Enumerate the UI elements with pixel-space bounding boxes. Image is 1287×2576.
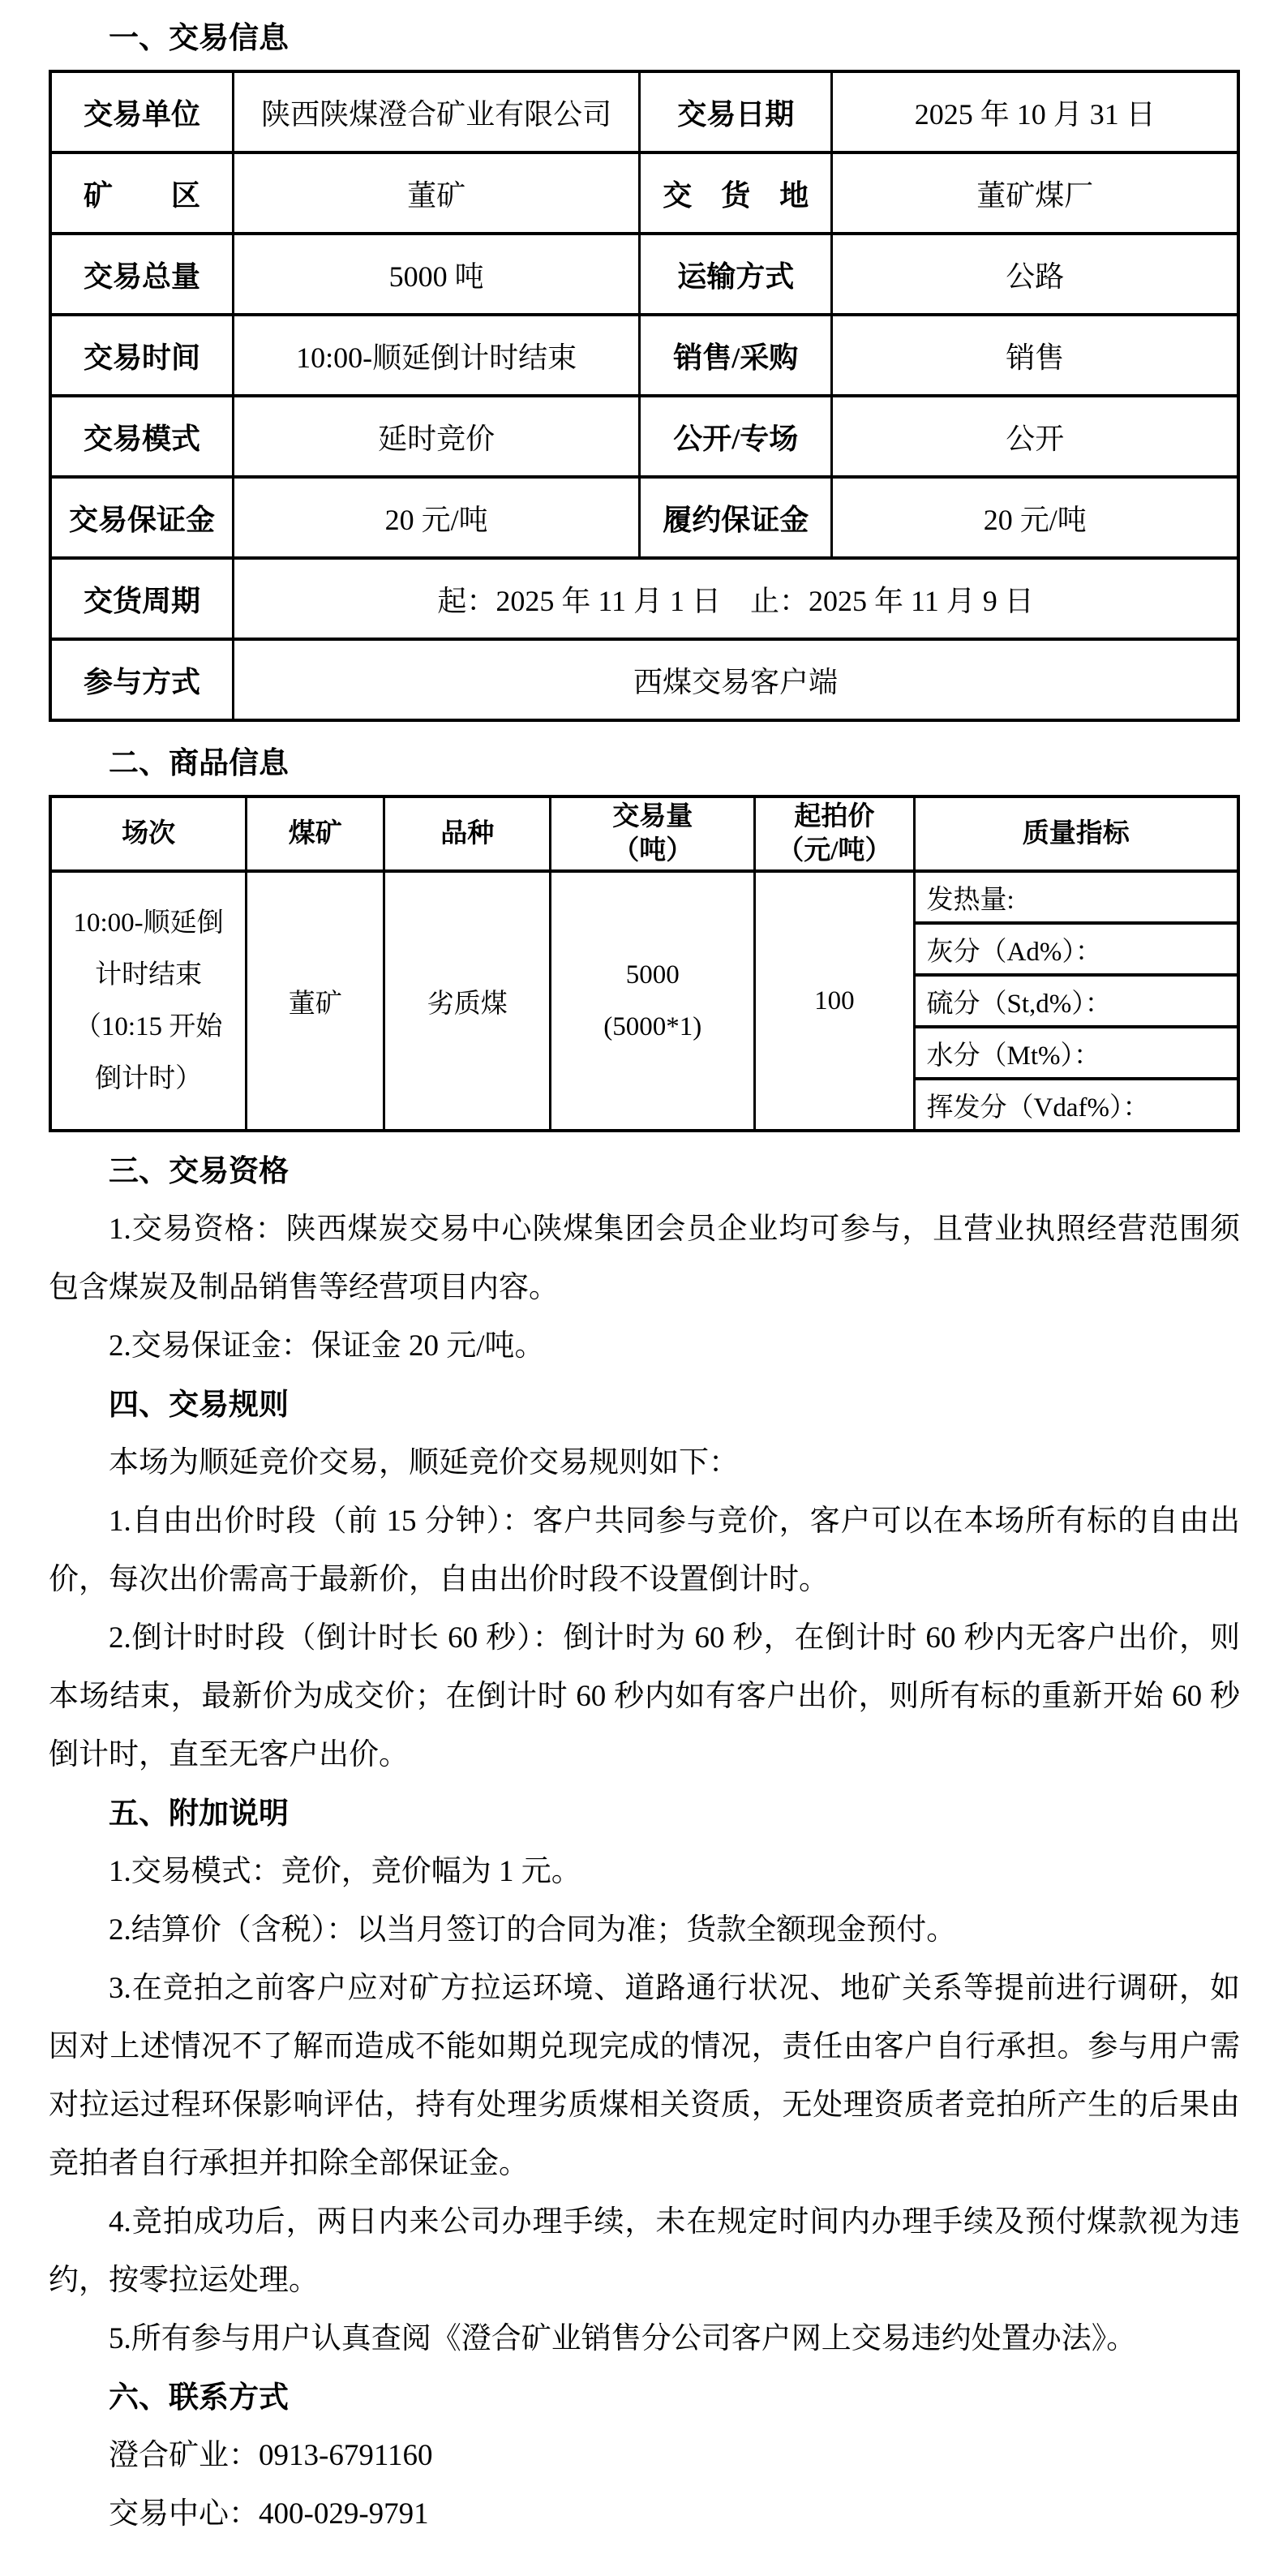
trade-info-row: 交易时间 10:00-顺延倒计时结束 销售/采购 销售 — [50, 315, 1238, 396]
trade-info-row: 交易单位 陕西陕煤澄合矿业有限公司 交易日期 2025 年 10 月 31 日 — [50, 71, 1238, 152]
trade-deposit-value: 20 元/吨 — [234, 477, 640, 558]
trade-info-row: 交易模式 延时竞价 公开/专场 公开 — [50, 396, 1238, 477]
participation-value: 西煤交易客户端 — [234, 639, 1238, 720]
notes-paragraph-3: 3.在竞拍之前客户应对矿方拉运环境、道路通行状况、地矿关系等提前进行调研，如因对… — [49, 1960, 1240, 2193]
section-heading-trade-info: 一、交易信息 — [49, 13, 1240, 63]
trade-info-row: 参与方式 西煤交易客户端 — [50, 639, 1238, 720]
header-volume: 交易量 （吨） — [551, 796, 755, 871]
trade-info-row: 交货周期 起：2025 年 11 月 1 日 止：2025 年 11 月 9 日 — [50, 558, 1238, 639]
mine-area-value: 董矿 — [234, 152, 640, 234]
product-info-table: 场次 煤矿 品种 交易量 （吨） 起拍价 （元/吨） 质量指标 10:00-顺延… — [49, 795, 1240, 1132]
rules-paragraph-1: 1.自由出价时段（前 15 分钟）：客户共同参与竞价，客户可以在本场所有标的自由… — [49, 1492, 1240, 1609]
cell-quality-moisture: 水分（Mt%）： — [914, 1027, 1238, 1079]
cell-quality-ash: 灰分（Ad%）： — [914, 923, 1238, 975]
public-special-label: 公开/专场 — [640, 396, 832, 477]
trade-info-row: 交易保证金 20 元/吨 履约保证金 20 元/吨 — [50, 477, 1238, 558]
notes-paragraph-4: 4.竞拍成功后，两日内来公司办理手续，未在规定时间内办理手续及预付煤款视为违约，… — [49, 2193, 1240, 2310]
header-session: 场次 — [50, 796, 247, 871]
trade-deposit-label: 交易保证金 — [50, 477, 234, 558]
trade-unit-label: 交易单位 — [50, 71, 234, 152]
delivery-period-label: 交货周期 — [50, 558, 234, 639]
transport-mode-label: 运输方式 — [640, 234, 832, 315]
qualification-paragraph-1: 1.交易资格：陕西煤炭交易中心陕煤集团会员企业均可参与，且营业执照经营范围须包含… — [49, 1200, 1240, 1317]
cell-start-price: 100 — [755, 871, 914, 1131]
participation-label: 参与方式 — [50, 639, 234, 720]
section-heading-qualification: 三、交易资格 — [49, 1142, 1240, 1200]
header-quality: 质量指标 — [914, 796, 1238, 871]
performance-deposit-value: 20 元/吨 — [832, 477, 1238, 558]
total-volume-value: 5000 吨 — [234, 234, 640, 315]
header-mine: 煤矿 — [247, 796, 384, 871]
trade-info-table: 交易单位 陕西陕煤澄合矿业有限公司 交易日期 2025 年 10 月 31 日 … — [49, 70, 1240, 722]
trade-mode-label: 交易模式 — [50, 396, 234, 477]
header-start-price: 起拍价 （元/吨） — [755, 796, 914, 871]
rules-intro: 本场为顺延竞价交易，顺延竞价交易规则如下： — [49, 1434, 1240, 1492]
notes-paragraph-5: 5.所有参与用户认真查阅《澄合矿业销售分公司客户网上交易违约处置办法》。 — [49, 2310, 1240, 2368]
product-data-row: 10:00-顺延倒 计时结束 （10:15 开始 倒计时） 董矿 劣质煤 500… — [50, 871, 1238, 923]
delivery-period-value: 起：2025 年 11 月 1 日 止：2025 年 11 月 9 日 — [234, 558, 1238, 639]
section-heading-contact: 六、联系方式 — [49, 2368, 1240, 2427]
delivery-place-label: 交 货 地 — [640, 152, 832, 234]
cell-mine: 董矿 — [247, 871, 384, 1131]
sale-purchase-label: 销售/采购 — [640, 315, 832, 396]
cell-quality-calorific: 发热量: — [914, 871, 1238, 923]
rules-paragraph-2: 2.倒计时时段（倒计时长 60 秒）：倒计时为 60 秒，在倒计时 60 秒内无… — [49, 1609, 1240, 1784]
notes-paragraph-2: 2.结算价（含税）：以当月签订的合同为准；货款全额现金预付。 — [49, 1901, 1240, 1960]
trade-info-row: 矿 区 董矿 交 货 地 董矿煤厂 — [50, 152, 1238, 234]
document-page: 一、交易信息 交易单位 陕西陕煤澄合矿业有限公司 交易日期 2025 年 10 … — [0, 0, 1287, 2576]
trade-date-value: 2025 年 10 月 31 日 — [832, 71, 1238, 152]
transport-mode-value: 公路 — [832, 234, 1238, 315]
performance-deposit-label: 履约保证金 — [640, 477, 832, 558]
mine-area-label: 矿 区 — [50, 152, 234, 234]
trade-date-label: 交易日期 — [640, 71, 832, 152]
product-header-row: 场次 煤矿 品种 交易量 （吨） 起拍价 （元/吨） 质量指标 — [50, 796, 1238, 871]
contact-line-mine: 澄合矿业：0913-6791160 — [49, 2427, 1240, 2485]
cell-variety: 劣质煤 — [384, 871, 551, 1131]
total-volume-label: 交易总量 — [50, 234, 234, 315]
trade-unit-value: 陕西陕煤澄合矿业有限公司 — [234, 71, 640, 152]
qualification-paragraph-2: 2.交易保证金：保证金 20 元/吨。 — [49, 1317, 1240, 1376]
section-heading-notes: 五、附加说明 — [49, 1784, 1240, 1843]
cell-session: 10:00-顺延倒 计时结束 （10:15 开始 倒计时） — [50, 871, 247, 1131]
section-heading-rules: 四、交易规则 — [49, 1376, 1240, 1434]
trade-mode-value: 延时竞价 — [234, 396, 640, 477]
public-special-value: 公开 — [832, 396, 1238, 477]
sale-purchase-value: 销售 — [832, 315, 1238, 396]
cell-quality-volatile: 挥发分（Vdaf%）： — [914, 1079, 1238, 1131]
header-variety: 品种 — [384, 796, 551, 871]
cell-volume: 5000 (5000*1) — [551, 871, 755, 1131]
contact-line-center: 交易中心：400-029-9791 — [49, 2485, 1240, 2544]
trade-time-label: 交易时间 — [50, 315, 234, 396]
trade-time-value: 10:00-顺延倒计时结束 — [234, 315, 640, 396]
section-heading-product-info: 二、商品信息 — [49, 738, 1240, 788]
notes-paragraph-1: 1.交易模式：竞价，竞价幅为 1 元。 — [49, 1843, 1240, 1901]
trade-info-row: 交易总量 5000 吨 运输方式 公路 — [50, 234, 1238, 315]
cell-quality-sulfur: 硫分（St,d%）： — [914, 975, 1238, 1027]
delivery-place-value: 董矿煤厂 — [832, 152, 1238, 234]
